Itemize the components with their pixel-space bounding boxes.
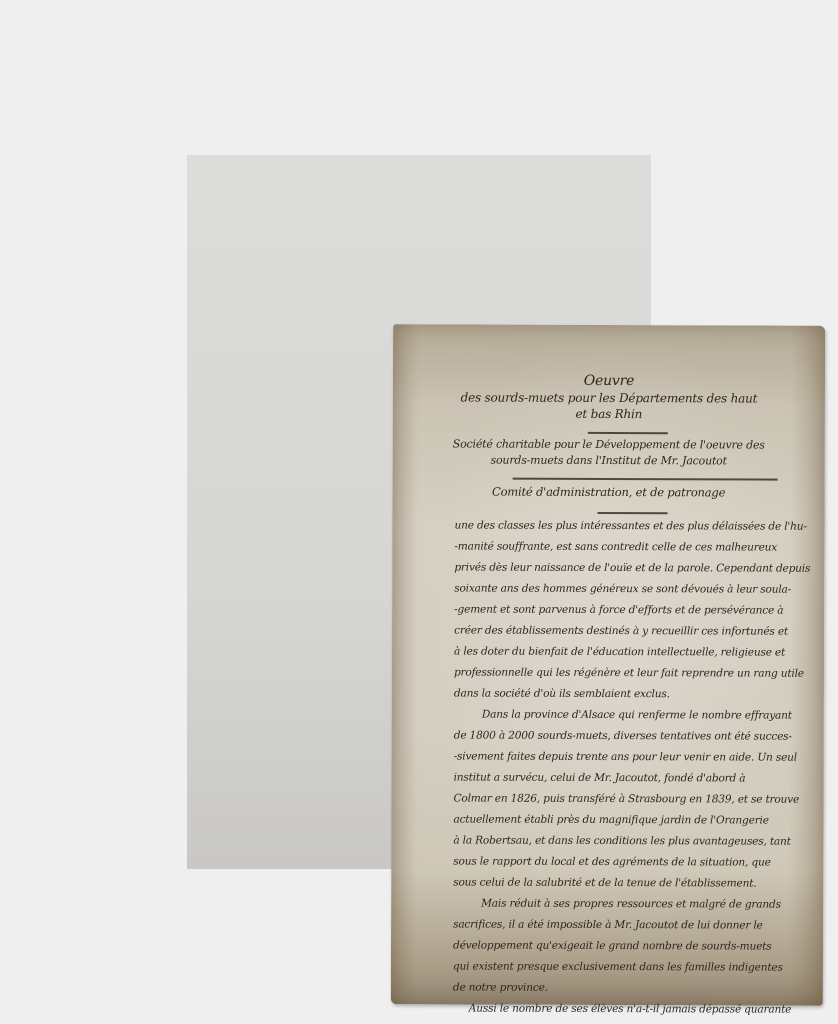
body-line: Mais réduit à ses propres ressources et … <box>481 898 781 911</box>
body-line: privés dès leur naissance de l'ouïe et d… <box>454 561 810 574</box>
body-line: sous le rapport du local et des agrément… <box>453 855 770 868</box>
body-line: dans la société d'où ils semblaient excl… <box>454 687 670 700</box>
society-line-2: sourds-muets dans l'Institut de Mr. Jaco… <box>393 453 825 468</box>
body-line: de 1800 à 2000 sourds-muets, diverses te… <box>454 729 792 742</box>
body-line: institut a survécu, celui de Mr. Jacouto… <box>454 771 746 784</box>
body-line: sous celui de la salubrité et de la tenu… <box>453 876 756 889</box>
body-line: professionnelle qui les régénère et leur… <box>454 666 804 679</box>
body-text: une des classes les plus intéressantes e… <box>393 324 825 326</box>
body-line: -sivement faites depuis trente ans pour … <box>454 750 797 763</box>
divider-rule-short-2 <box>598 512 668 514</box>
divider-rule-short <box>588 432 668 434</box>
body-line: -gement et sont parvenus à force d'effor… <box>454 603 783 616</box>
body-line: soixante ans des hommes généreux se sont… <box>454 582 791 595</box>
committee-heading: Comité d'administration, et de patronage <box>393 484 825 500</box>
document-title: Oeuvre <box>393 372 825 390</box>
society-line-1: Société charitable pour le Développement… <box>393 437 825 452</box>
body-line: de notre province. <box>453 981 548 993</box>
body-line: -manité souffrante, est sans contredit c… <box>454 540 777 553</box>
body-line: développement qu'exigeait le grand nombr… <box>453 939 771 952</box>
document-subtitle-line-2: et bas Rhin <box>393 406 825 422</box>
body-line: sacrifices, il a été impossible à Mr. Ja… <box>453 918 763 931</box>
body-line: créer des établissements destinés à y re… <box>454 624 788 637</box>
document-subtitle-line-1: des sourds-muets pour les Départements d… <box>393 390 825 406</box>
document-photo: Oeuvre des sourds-muets pour les Départe… <box>187 155 651 869</box>
body-line: à la Robertsau, et dans les conditions l… <box>453 834 790 847</box>
divider-rule-long <box>513 478 778 480</box>
body-line: Colmar en 1826, puis transféré à Strasbo… <box>454 792 800 805</box>
body-line: à les doter du bienfait de l'éducation i… <box>454 645 785 658</box>
body-line: une des classes les plus intéressantes e… <box>454 519 806 532</box>
body-line: actuellement établi près du magnifique j… <box>453 813 768 826</box>
body-line: Dans la province d'Alsace qui renferme l… <box>482 709 792 722</box>
manuscript-page: Oeuvre des sourds-muets pour les Départe… <box>391 324 825 1006</box>
body-line: Aussi le nombre de ses élèves n'a-t-il j… <box>469 1003 791 1016</box>
body-line: qui existent presque exclusivement dans … <box>453 960 783 973</box>
